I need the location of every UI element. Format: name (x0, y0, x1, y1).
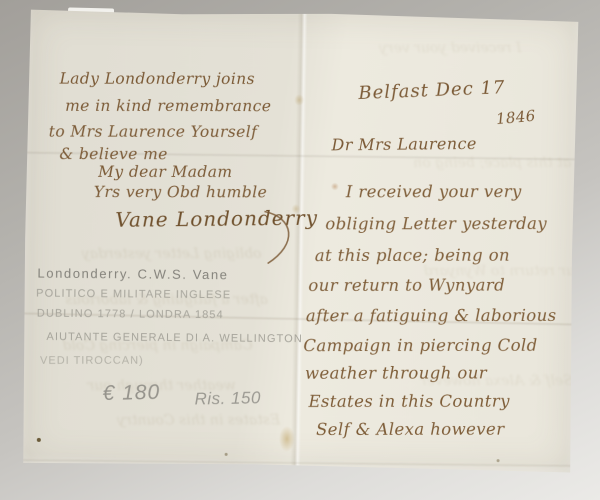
price-note: € 180 (102, 381, 160, 406)
body-line: Self & Alexa however (316, 420, 504, 439)
pencil-note: DUBLINO 1778 / LONDRA 1854 (37, 308, 224, 322)
closing-line: Lady Londonderry joins (60, 70, 255, 88)
salutation: Dr Mrs Laurence (331, 134, 476, 155)
foxing-spot (331, 182, 339, 190)
body-line: Estates in this Country (308, 392, 509, 411)
photograph-background: obliging Letter yesterday after a fatigu… (0, 0, 600, 500)
reserve-note: Ris. 150 (194, 388, 261, 409)
closing-line: My dear Madam (98, 163, 232, 181)
pencil-note: POLITICO E MILITARE INGLESE (36, 288, 231, 302)
signature-flourish (260, 207, 303, 270)
body-line: after a fatiguing & laborious (306, 306, 557, 325)
closing-line: Yrs very Obd humble (94, 183, 267, 201)
body-line: obliging Letter yesterday (325, 214, 547, 233)
body-line: weather through our (305, 363, 487, 382)
letter-paper: obliging Letter yesterday after a fatigu… (20, 8, 579, 475)
ink-show-through: obliging Letter yesterday (82, 246, 262, 262)
closing-line: to Mrs Laurence Yourself (49, 122, 258, 140)
dateline: Belfast Dec 17 (358, 77, 506, 104)
ink-show-through: I received your very (379, 40, 521, 56)
body-line: Campaign in piercing Cold (303, 336, 537, 355)
pencil-note: AIUTANTE GENERALE DI A. WELLINGTON (46, 331, 303, 345)
pencil-note: VEDI TIROCCAN) (40, 355, 144, 367)
closing-line: & believe me (59, 145, 167, 163)
body-line: at this place; being on (315, 246, 510, 265)
body-line: our return to Wynyard (308, 276, 505, 295)
ink-speck (497, 459, 500, 462)
ink-speck (37, 438, 41, 442)
pencil-note: Londonderry. C.W.S. Vane (37, 266, 228, 283)
dateline-year: 1846 (495, 107, 536, 128)
ink-speck (225, 453, 228, 456)
closing-line: me in kind remembrance (65, 97, 271, 115)
body-line: I received your very (346, 182, 522, 201)
ink-show-through: Estates in this Country (117, 412, 280, 428)
